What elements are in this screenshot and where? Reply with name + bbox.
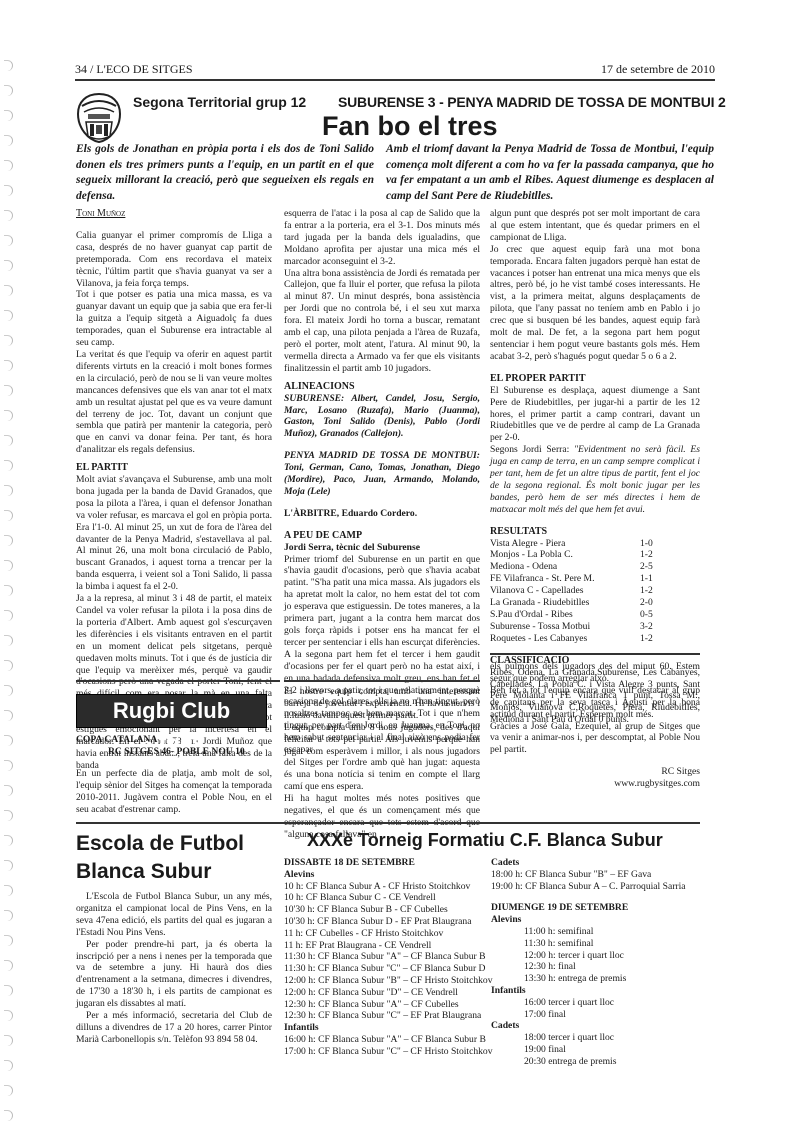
list-item: 12:30 h: CF Blanca Subur "C" – EF Prat B… [284,1010,484,1022]
binder-hole-icon [4,235,13,246]
paragraph: Molt aviat s'avançava el Suburense, amb … [76,474,272,593]
list-item: 11 h: CF Cubelles - CF Hristo Stoitchkov [284,928,484,940]
binder-hole-icon [4,785,13,796]
paragraph: Per poder prendre-hi part, ja és oberta … [76,939,272,1010]
list-item: 10 h: CF Blanca Subur C - CE Vendrell [284,892,484,904]
binder-hole-icon [4,260,13,271]
binder-hole-icon [4,760,13,771]
binder-hole-icon [4,360,13,371]
divider [76,822,700,824]
binder-hole-icon [4,385,13,396]
rugby-banner: Rugbi Club Sitges [76,694,267,728]
standfirst-left: Els gols de Jonathan en pròpia porta i e… [76,142,374,204]
table-row: Suburense - Tossa Motbui3-2 [490,621,680,633]
binder-hole-icon [4,410,13,421]
escola-column: L'Escola de Futbol Blanca Subur, un any … [76,891,272,1046]
byline: Toni Muñoz [76,208,272,220]
binder-hole-icon [4,710,13,721]
text: 2-5 [640,561,680,573]
list-item: 10'30 h: CF Blanca Subur D - EF Prat Bla… [284,916,484,928]
paragraph: Ben fet a tot l'equip encara que vull de… [490,685,700,721]
text: Monjos - La Pobla C. [490,549,640,561]
list-item: 18:00 h: CF Blanca Subur "B" – EF Gava [491,869,701,881]
paragraph: Jo crec que aquest equip farà una mot bo… [490,244,700,363]
binder-hole-icon [4,85,13,96]
binder-hole-icon [4,810,13,821]
list-item: 18:00 tercer i quart lloc [491,1032,701,1044]
list-item: 17:00 h: CF Blanca Subur "C" – CF Hristo… [284,1046,484,1058]
website-link[interactable]: www.rugbysitges.com [490,778,700,790]
binder-hole-icon [4,435,13,446]
quote-lead: Segons Jordi Serra: [490,444,574,455]
list-item: 10 h: CF Blanca Subur A - CF Hristo Stoi… [284,881,484,893]
list-item: 11:30 h: CF Blanca Subur "C" – CF Blanca… [284,963,484,975]
subheading-alineacions: ALINEACIONS [284,381,480,393]
lineup-away: PENYA MADRID DE TOSSA DE MONTBUI: Toni, … [284,450,480,498]
subheading-resultats: RESULTATS [490,526,700,538]
binder-hole-icon [4,485,13,496]
binder-hole-icon [4,1010,13,1021]
paragraph: La veritat és que l'equip va oferir en a… [76,349,272,456]
paragraph: els pulmons dels jugadors des del minut … [490,661,700,685]
list-item: 16:00 h: CF Blanca Subur "A" – CF Blanca… [284,1034,484,1046]
category-label: Alevins [284,869,484,881]
paragraph: L'equip compta amb 8 nous jugadors, des … [284,722,480,793]
list-item: 11:00 h: semifinal [491,926,701,938]
day-heading: DIUMENGE 19 DE SETEMBRE [491,902,701,914]
list-item: 12:00 h: tercer i quart lloc [491,950,701,962]
signature: RC Sitges [490,766,700,778]
subheading-proper-partit: EL PROPER PARTIT [490,373,700,385]
binder-hole-icon [4,460,13,471]
binder-hole-icon [4,210,13,221]
day-heading: DISSABTE 18 DE SETEMBRE [284,857,484,869]
schedule-saturday-cadets-sunday: Cadets 18:00 h: CF Blanca Subur "B" – EF… [491,857,701,1068]
category-label: Alevins [491,914,701,926]
binder-hole-icon [4,660,13,671]
list-item: 11:30 h: semifinal [491,938,701,950]
binder-hole-icon [4,310,13,321]
table-row: Mediona - Odena2-5 [490,561,680,573]
table-row: Vista Alegre - Piera1-0 [490,538,680,550]
list-item: 20:30 entrega de premis [491,1056,701,1068]
binder-hole-icon [4,585,13,596]
publication-page: 34 / L'ECO DE SITGES [75,62,193,77]
text: 1-2 [640,549,680,561]
list-item: 11 h: EF Prat Blaugrana - CE Vendrell [284,940,484,952]
text: Roquetes - Les Cabanyes [490,633,640,645]
text: 1-0 [640,538,680,550]
category-label: Infantils [491,985,701,997]
table-row: La Granada - Riudebitlles2-0 [490,597,680,609]
rugby-column-3: els pulmons dels jugadors des del minut … [490,661,700,790]
binder-hole-icon [4,60,13,71]
lineup-home: SUBURENSE: Albert, Candel, Josu, Sergio,… [284,393,480,441]
paragraph: algun punt que després pot ser molt impo… [490,208,700,244]
rugby-column-2: El nostre equip compta amb una interessa… [284,686,480,841]
divider [284,680,480,682]
text: FE Vilafranca - St. Pere M. [490,573,640,585]
binder-hole-icon [4,135,13,146]
binder-hole-icon [4,110,13,121]
article-column-3: algun punt que després pot ser molt impo… [490,208,700,726]
text: 1-2 [640,633,680,645]
list-item: 10'30 h: CF Blanca Subur B - CF Cubelles [284,904,484,916]
binder-hole-icon [4,185,13,196]
list-item: 17:00 final [491,1009,701,1021]
text: Vista Alegre - Piera [490,538,640,550]
schedule-saturday: DISSABTE 18 DE SETEMBRE Alevins 10 h: CF… [284,857,484,1058]
binder-hole-icon [4,510,13,521]
paragraph: Tot i que potser es patia una mica massa… [76,289,272,349]
paragraph: El nostre equip compta amb una interessa… [284,686,480,722]
paragraph: En un perfecte dia de platja, amb molt d… [76,768,272,816]
subheading-peu-de-camp: A PEU DE CAMP [284,530,480,542]
article-column-1: Toni Muñoz Calia guanyar el primer compr… [76,208,272,772]
list-item: 11:30 h: CF Blanca Subur "A" – CF Blanca… [284,951,484,963]
text: La Granada - Riudebitlles [490,597,640,609]
text: 1-1 [640,573,680,585]
text: Escola de Futbol [76,830,244,858]
text: S.Pau d'Ordal - Ribes [490,609,640,621]
category-label: Cadets [491,1020,701,1032]
binder-hole-icon [4,635,13,646]
list-item: 19:00 final [491,1044,701,1056]
text: 1-2 [640,585,680,597]
text: Blanca Subur [76,858,244,886]
rugby-column-1: COPA CATALANA RC SITGES 46- POBLE NOU 10… [76,734,272,815]
competition-label: COPA CATALANA [76,734,272,746]
table-row: FE Vilafranca - St. Pere M.1-1 [490,573,680,585]
list-item: 16:00 tercer i quart lloc [491,997,701,1009]
binder-hole-icon [4,835,13,846]
list-item: 12:30 h: CF Blanca Subur "A" – CF Cubell… [284,999,484,1011]
article-column-2: esquerra de l'atac i la posa al cap de S… [284,208,480,756]
binder-hole-icon [4,985,13,996]
binder-hole-icon [4,335,13,346]
binder-hole-icon [4,535,13,546]
paragraph: El Suburense es desplaça, aquest diumeng… [490,385,700,445]
binder-holes [4,60,20,1132]
paragraph: esquerra de l'atac i la posa al cap de S… [284,208,480,268]
paragraph: Calia guanyar el primer compromís de Lli… [76,230,272,290]
text: 3-2 [640,621,680,633]
category-label: Infantils [284,1022,484,1034]
page-header: 34 / L'ECO DE SITGES 17 de setembre de 2… [75,59,715,81]
binder-hole-icon [4,885,13,896]
binder-hole-icon [4,960,13,971]
table-row: Monjos - La Pobla C.1-2 [490,549,680,561]
binder-hole-icon [4,160,13,171]
binder-hole-icon [4,1035,13,1046]
category-label: Cadets [491,857,701,869]
binder-hole-icon [4,610,13,621]
binder-hole-icon [4,935,13,946]
table-row: Roquetes - Les Cabanyes1-2 [490,633,680,645]
match-result: RC SITGES 46- POBLE NOU 10 [76,746,272,758]
divider [76,680,280,682]
binder-hole-icon [4,285,13,296]
binder-hole-icon [4,910,13,921]
text: 0-5 [640,609,680,621]
list-item: 12:30 h: final [491,961,701,973]
binder-hole-icon [4,735,13,746]
results-table: Vista Alegre - Piera1-0 Monjos - La Pobl… [490,538,680,645]
paragraph: L'Escola de Futbol Blanca Subur, un any … [76,891,272,939]
text: Vilanova C - Capellades [490,585,640,597]
text: 2-0 [640,597,680,609]
binder-hole-icon [4,1110,13,1121]
text: Suburense - Tossa Motbui [490,621,640,633]
paragraph: Gràcies a José Gala, Ezequiel, al grup d… [490,721,700,757]
paragraph: Segons Jordi Serra: "Evidentment no serà… [490,444,700,515]
list-item: 19:00 h: CF Blanca Subur A – C. Parroqui… [491,881,701,893]
torneig-title: XXXè Torneig Formatiu C.F. Blanca Subur [307,830,663,851]
headline: Fan bo el tres [322,111,498,142]
list-item: 12:00 h: CF Blanca Subur "D" – CE Vendre… [284,987,484,999]
table-row: Vilanova C - Capellades1-2 [490,585,680,597]
table-row: S.Pau d'Ordal - Ribes0-5 [490,609,680,621]
paragraph: Una altra bona assistència de Jordi és r… [284,268,480,375]
subheading-coach: Jordi Serra, tècnic del Suburense [284,542,480,554]
club-crest-icon [76,92,122,144]
binder-hole-icon [4,1060,13,1071]
standfirst-right: Amb el triomf davant la Penya Madrid de … [386,142,714,204]
match-title: SUBURENSE 3 - PENYA MADRID DE TOSSA DE M… [338,94,726,110]
binder-hole-icon [4,560,13,571]
text: Mediona - Odena [490,561,640,573]
escola-title: Escola de Futbol Blanca Subur [76,830,244,886]
binder-hole-icon [4,860,13,871]
paragraph: Per a més informació, secretaria del Clu… [76,1010,272,1046]
issue-date: 17 de setembre de 2010 [601,62,715,77]
divider [490,653,700,655]
binder-hole-icon [4,685,13,696]
list-item: 12:00 h: CF Blanca Subur "B" – CF Hristo… [284,975,484,987]
list-item: 13:30 h: entrega de premis [491,973,701,985]
referee: L'ÀRBITRE, Eduardo Cordero. [284,508,480,520]
binder-hole-icon [4,1085,13,1096]
subheading-partit: EL PARTIT [76,462,272,474]
section-label: Segona Territorial grup 12 [133,94,306,110]
